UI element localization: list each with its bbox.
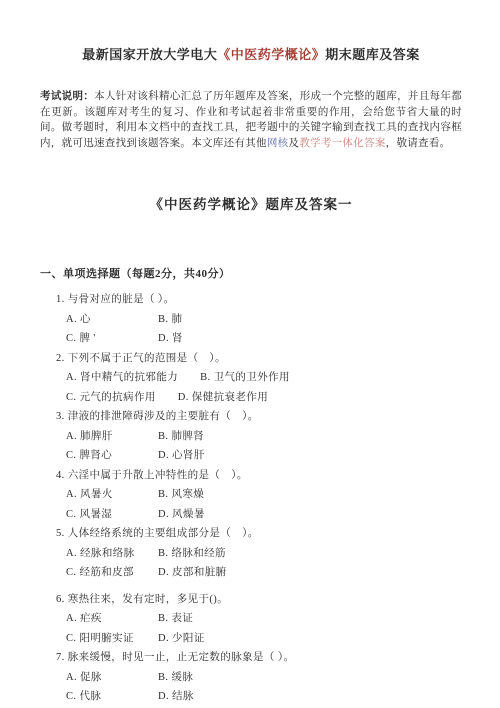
option-row: C. 脾 'D. 肾 [66, 333, 462, 353]
title-book-name: 《中医药学概论》 [217, 47, 325, 62]
option: D. 结脉 [158, 691, 194, 703]
question-list: 1. 与骨对应的脏是（ ）。 A. 心B. 肺C. 脾 'D. 肾 2. 下列不… [40, 294, 462, 708]
option: B. 络脉和经筋 [158, 548, 226, 560]
question-text: 2. 下列不属于正气的范围是（ ）。 [56, 353, 462, 373]
question-text: 4. 六淫中属于升散上冲特性的是（ ）。 [56, 470, 462, 490]
option: D. 少阳证 [158, 633, 205, 645]
document-title: 最新国家开放大学电大《中医药学概论》期末题库及答案 [40, 44, 462, 63]
option: C. 代脉 [66, 691, 136, 703]
option: C. 阳明腑实证 [66, 633, 136, 645]
option-row: A. 心B. 肺 [66, 314, 462, 334]
option: C. 元气的抗病作用 [66, 392, 156, 404]
option: B. 风寒燥 [158, 489, 204, 501]
option-row: A. 促脉B. 缓脉 [66, 672, 462, 692]
option: B. 卫气的卫外作用 [200, 372, 290, 384]
title-suffix: 期末题库及答案 [325, 47, 420, 62]
option: A. 肺脾肝 [66, 431, 136, 443]
option-row: C. 元气的抗病作用D. 保健抗衰老作用 [66, 392, 462, 412]
question-text: 5. 人体经络系统的主要组成部分是（ ）。 [56, 528, 462, 548]
option-row: C. 经筋和皮部D. 皮部和脏腑 [66, 567, 462, 587]
option-row: A. 疟疾B. 表证 [66, 613, 462, 633]
link-integrated-answers[interactable]: 教学考一体化答案 [299, 138, 385, 149]
question-text: 1. 与骨对应的脏是（ ）。 [56, 294, 462, 314]
option-row: C. 代脉D. 结脉 [66, 691, 462, 708]
option-row: C. 风暑湿D. 风燥暑 [66, 509, 462, 529]
option: D. 皮部和脏腑 [158, 567, 227, 579]
option: D. 心肾肝 [158, 450, 205, 462]
option: A. 疟疾 [66, 613, 136, 625]
option: D. 肾 [158, 333, 183, 345]
question-text: 3. 津液的排泄障碍涉及的主要脏有（ ）。 [56, 411, 462, 431]
option: B. 肺脾肾 [158, 431, 204, 443]
question-item: 1. 与骨对应的脏是（ ）。 A. 心B. 肺C. 脾 'D. 肾 [40, 294, 462, 353]
option: B. 表证 [158, 613, 193, 625]
question-text: 6. 寒热往来，发有定时，多见于()。 [56, 594, 462, 614]
option-row: A. 风暑火B. 风寒燥 [66, 489, 462, 509]
option: A. 肾中精气的抗邪能力 [66, 372, 178, 384]
document-page: 最新国家开放大学电大《中医药学概论》期末题库及答案 考试说明：本人针对该科精心汇… [0, 0, 500, 708]
option: D. 风燥暑 [158, 509, 205, 521]
option: A. 促脉 [66, 672, 136, 684]
question-item: 7. 脉来缓慢，时见一止，止无定数的脉象是（ ）。 A. 促脉B. 缓脉C. 代… [40, 652, 462, 708]
exam-instructions: 考试说明：本人针对该科精心汇总了历年题库及答案，形成一个完整的题库，并且每年都在… [40, 89, 462, 151]
option: A. 心 [66, 314, 136, 326]
option-row: A. 经脉和络脉B. 络脉和经筋 [66, 548, 462, 568]
exam-instructions-label: 考试说明： [40, 91, 94, 102]
option: C. 脾肾心 [66, 450, 136, 462]
option: B. 缓脉 [158, 672, 193, 684]
question-item: 6. 寒热往来，发有定时，多见于()。 A. 疟疾B. 表证C. 阳明腑实证D.… [40, 594, 462, 653]
option: A. 风暑火 [66, 489, 136, 501]
question-item: 3. 津液的排泄障碍涉及的主要脏有（ ）。 A. 肺脾肝B. 肺脾肾C. 脾肾心… [40, 411, 462, 470]
option: B. 肺 [158, 314, 182, 326]
option: A. 经脉和络脉 [66, 548, 136, 560]
link-wanghe[interactable]: 网核 [267, 138, 289, 149]
option: C. 经筋和皮部 [66, 567, 136, 579]
option-row: C. 脾肾心D. 心肾肝 [66, 450, 462, 470]
option: D. 保健抗衰老作用 [178, 392, 268, 404]
title-prefix: 最新国家开放大学电大 [82, 47, 217, 62]
option-row: A. 肺脾肝B. 肺脾肾 [66, 431, 462, 451]
option-row: A. 肾中精气的抗邪能力B. 卫气的卫外作用 [66, 372, 462, 392]
question-item: 5. 人体经络系统的主要组成部分是（ ）。 A. 经脉和络脉B. 络脉和经筋C.… [40, 528, 462, 587]
exam-instructions-conjunction: 及 [288, 138, 299, 149]
question-text: 7. 脉来缓慢，时见一止，止无定数的脉象是（ ）。 [56, 652, 462, 672]
section-header-single-choice: 一、单项选择题（每题2分，共40分） [40, 265, 462, 281]
option: C. 脾 ' [66, 333, 136, 345]
exam-instructions-tail: ，敬请查看。 [386, 138, 451, 149]
option-row: C. 阳明腑实证D. 少阳证 [66, 633, 462, 653]
question-item: 4. 六淫中属于升散上冲特性的是（ ）。 A. 风暑火B. 风寒燥C. 风暑湿D… [40, 470, 462, 529]
question-item: 2. 下列不属于正气的范围是（ ）。 A. 肾中精气的抗邪能力B. 卫气的卫外作… [40, 353, 462, 412]
question-bank-subtitle: 《中医药学概论》题库及答案一 [40, 193, 462, 213]
option: C. 风暑湿 [66, 509, 136, 521]
